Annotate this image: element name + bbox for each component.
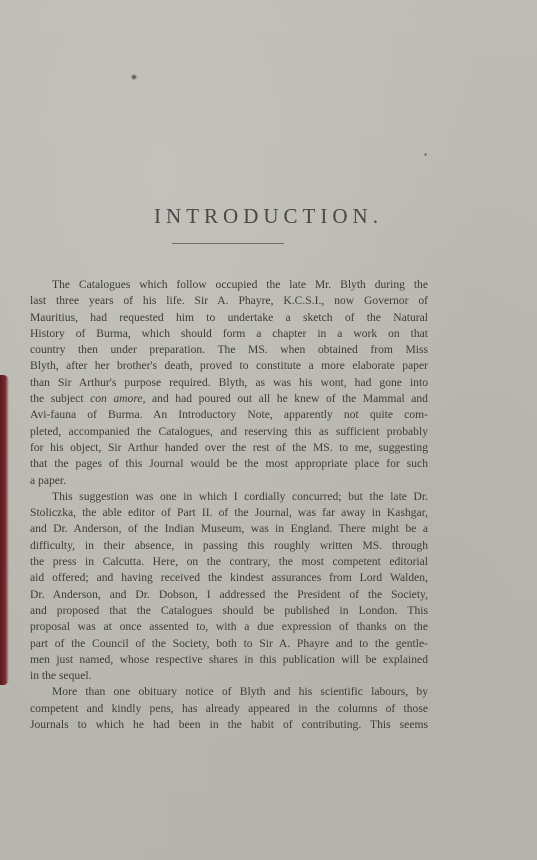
text-line-italic: the subject con amore, and had poured ou… — [30, 391, 428, 407]
text-line: difficulty, in their absence, in passing… — [30, 538, 428, 554]
paragraph-3: More than one obituary notice of Blyth a… — [30, 684, 428, 733]
text-line: Stoliczka, the able editor of Part II. o… — [30, 505, 428, 521]
text-line: This suggestion was one in which I cordi… — [30, 489, 428, 505]
text-line: pleted, accompanied the Catalogues, and … — [30, 424, 428, 440]
text-line: More than one obituary notice of Blyth a… — [30, 684, 428, 700]
paper-speck — [131, 74, 137, 80]
text-line: proposal was at once assented to, with a… — [30, 619, 428, 635]
page-title: INTRODUCTION. — [0, 204, 537, 229]
book-binding-edge — [0, 375, 9, 685]
italic-phrase: con amore — [90, 392, 142, 405]
body-text: The Catalogues which follow occupied the… — [30, 277, 428, 733]
text-line: last three years of his life. Sir A. Pha… — [30, 293, 428, 309]
text-line: that the pages of this Journal would be … — [30, 456, 428, 472]
text-line: The Catalogues which follow occupied the… — [30, 277, 428, 293]
text-line: aid offered; and having received the kin… — [30, 570, 428, 586]
text-line: Dr. Anderson, and Dr. Dobson, I addresse… — [30, 587, 428, 603]
text-line: a paper. — [30, 473, 428, 489]
text-line: and Dr. Anderson, of the Indian Museum, … — [30, 521, 428, 537]
text-line: Mauritius, had requested him to undertak… — [30, 310, 428, 326]
text-line: competent and kindly pens, has already a… — [30, 701, 428, 717]
title-rule-divider — [172, 243, 284, 244]
text-line: Avi-fauna of Burma. An Introductory Note… — [30, 407, 428, 423]
text-line: the press in Calcutta. Here, on the cont… — [30, 554, 428, 570]
text-line: than Sir Arthur's purpose required. Blyt… — [30, 375, 428, 391]
text-line: Blyth, after her brother's death, proved… — [30, 358, 428, 374]
paper-speck — [424, 153, 427, 156]
text-line: part of the Council of the Society, both… — [30, 636, 428, 652]
text-line: for his object, Sir Arthur handed over t… — [30, 440, 428, 456]
scanned-page: INTRODUCTION. The Catalogues which follo… — [0, 0, 537, 860]
text-line: Journals to which he had been in the hab… — [30, 717, 428, 733]
paragraph-2: This suggestion was one in which I cordi… — [30, 489, 428, 685]
text-line: in the sequel. — [30, 668, 428, 684]
text-line: men just named, whose respective shares … — [30, 652, 428, 668]
text-line: and proposed that the Catalogues should … — [30, 603, 428, 619]
text-line: History of Burma, which should form a ch… — [30, 326, 428, 342]
paragraph-1: The Catalogues which follow occupied the… — [30, 277, 428, 489]
text-line: country then under preparation. The MS. … — [30, 342, 428, 358]
